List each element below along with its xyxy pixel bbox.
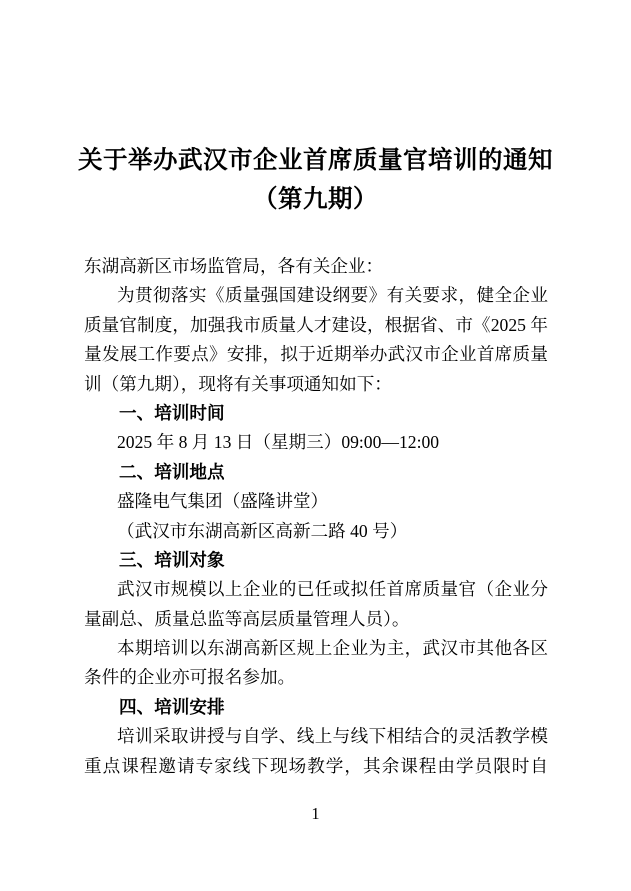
section-heading: 二、培训地点	[84, 458, 548, 487]
section-heading: 一、培训时间	[84, 399, 548, 428]
body-line: 东湖高新区市场监管局，各有关企业：	[84, 252, 548, 281]
body-line: 质量官制度，加强我市质量人才建设，根据省、市《2025 年质	[84, 311, 548, 340]
document-title: 关于举办武汉市企业首席质量官培训的通知 （第九期）	[40, 141, 591, 219]
body-line: 为贯彻落实《质量强国建设纲要》有关要求，健全企业首席	[84, 281, 548, 310]
body-line: 2025 年 8 月 13 日（星期三）09:00—12:00	[84, 428, 548, 457]
body-line: 武汉市规模以上企业的已任或拟任首席质量官（企业分管质	[84, 575, 548, 604]
body-line: 重点课程邀请专家线下现场教学，其余课程由学员限时自学，考	[84, 752, 548, 781]
section-heading: 四、培训安排	[84, 693, 548, 722]
body-line: 培训采取讲授与自学、线上与线下相结合的灵活教学模式，	[84, 722, 548, 751]
title-line-1: 关于举办武汉市企业首席质量官培训的通知	[40, 141, 591, 180]
body-line: （武汉市东湖高新区高新二路 40 号）	[84, 517, 548, 546]
body-line: 量副总、质量总监等高层质量管理人员）。	[84, 605, 548, 634]
section-heading: 三、培训对象	[84, 546, 548, 575]
body-line: 盛隆电气集团（盛隆讲堂）	[84, 487, 548, 516]
body-line: 条件的企业亦可报名参加。	[84, 663, 548, 692]
page-number: 1	[0, 804, 631, 824]
document-body: 东湖高新区市场监管局，各有关企业：为贯彻落实《质量强国建设纲要》有关要求，健全企…	[84, 252, 548, 781]
body-line: 训（第九期），现将有关事项通知如下：	[84, 370, 548, 399]
body-line: 本期培训以东湖高新区规上企业为主，武汉市其他各区符合	[84, 634, 548, 663]
body-line: 量发展工作要点》安排，拟于近期举办武汉市企业首席质量官培	[84, 340, 548, 369]
document-page: 关于举办武汉市企业首席质量官培训的通知 （第九期） 东湖高新区市场监管局，各有关…	[0, 0, 631, 891]
title-line-2: （第九期）	[40, 180, 591, 219]
